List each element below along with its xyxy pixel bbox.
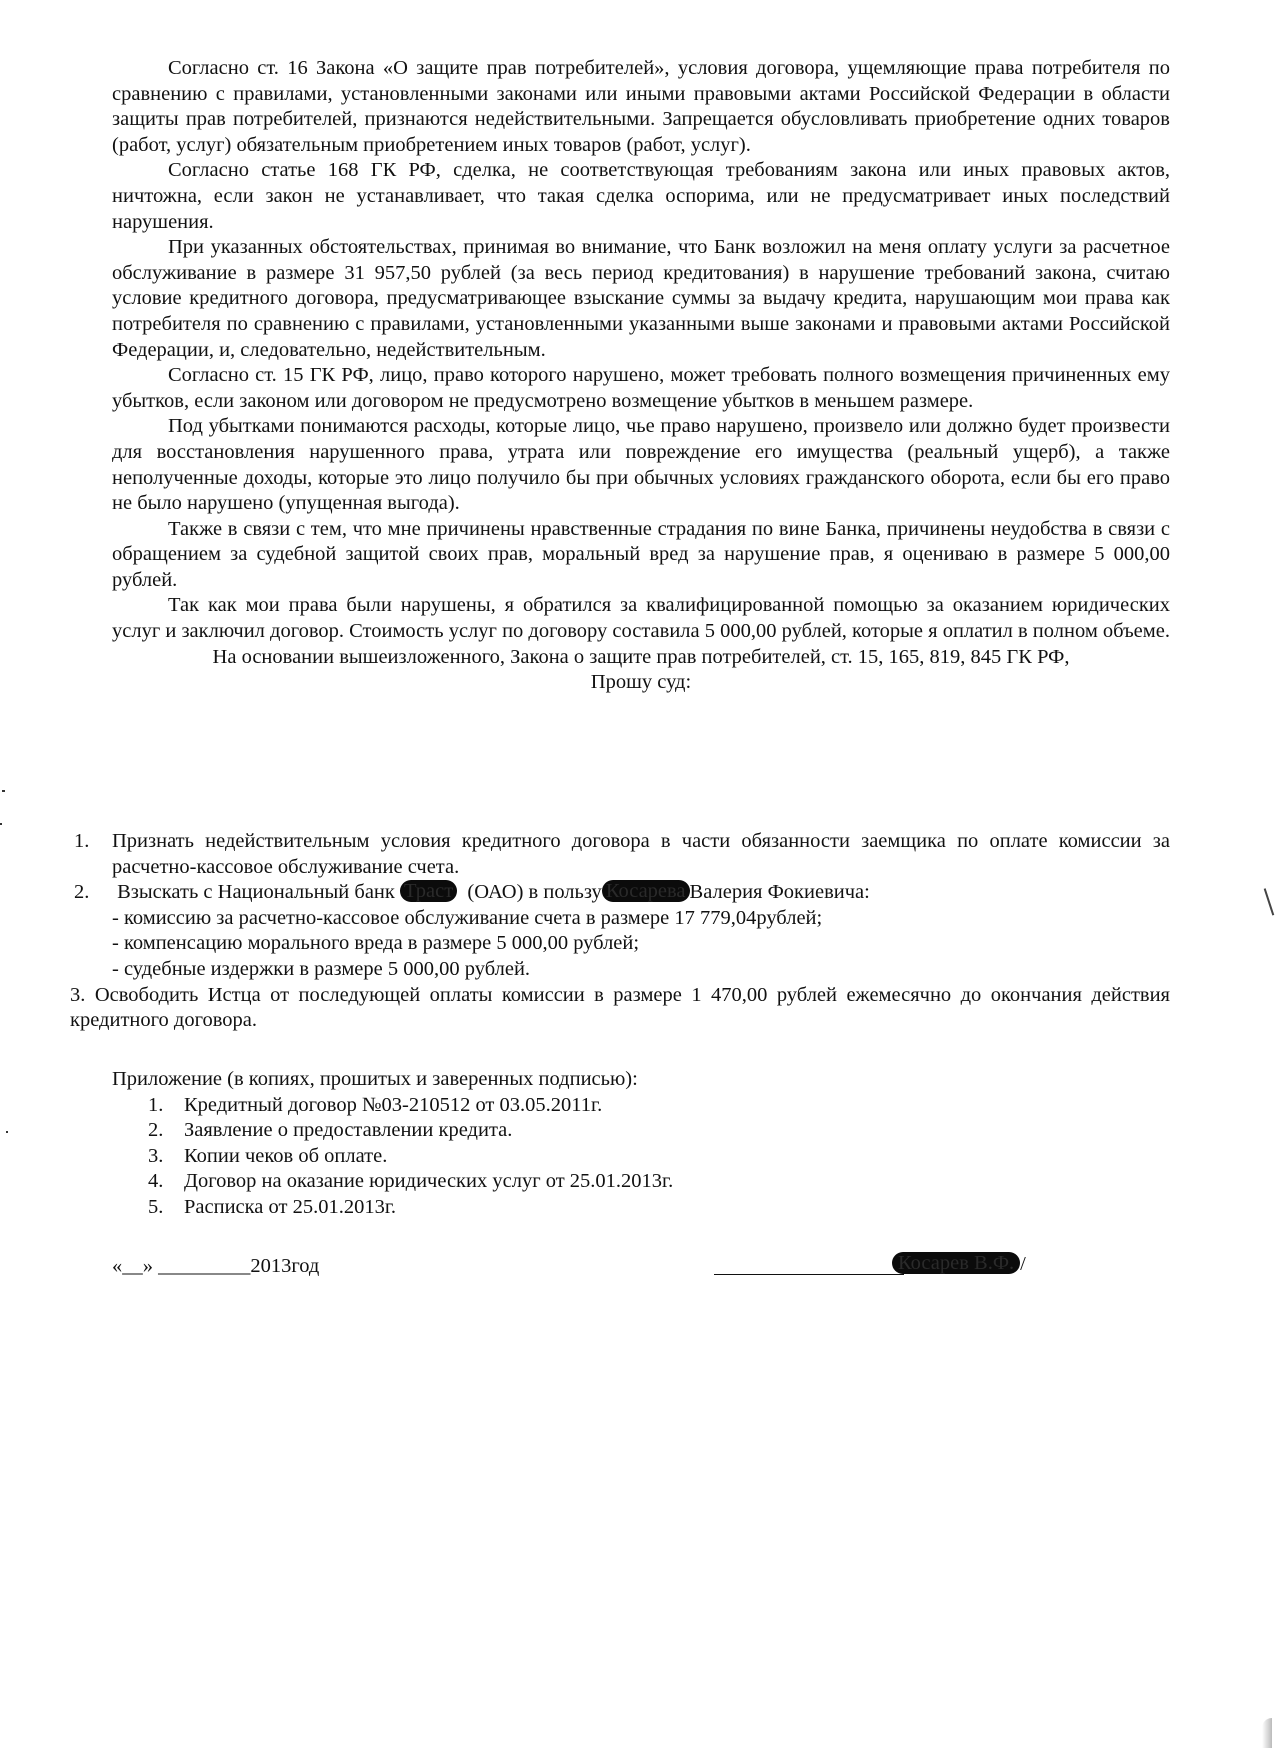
signature-row: «__» _________2013год Косарев В.Ф./ bbox=[112, 1254, 1112, 1284]
claim-text-before-bank: Взыскать с Национальный банк bbox=[117, 881, 395, 903]
claim-text-after-name: Валерия Фокиевича: bbox=[690, 881, 870, 903]
attachment-item: 1.Кредитный договор №03-210512 от 03.05.… bbox=[112, 1093, 912, 1119]
attachment-text: Копии чеков об оплате. bbox=[184, 1145, 387, 1167]
attachments-list: 1.Кредитный договор №03-210512 от 03.05.… bbox=[112, 1093, 912, 1221]
paragraph-circumstances: При указанных обстоятельствах, принимая … bbox=[112, 235, 1170, 363]
paragraph-article-15: Согласно ст. 15 ГК РФ, лицо, право котор… bbox=[112, 363, 1170, 414]
claim-number: 2. bbox=[74, 880, 89, 906]
date-line: «__» _________2013год bbox=[112, 1254, 319, 1280]
claim-text: 3. Освободить Истца от последующей оплат… bbox=[70, 983, 1170, 1034]
redacted-bank-name: Траст bbox=[400, 880, 457, 902]
paragraph-consumer-law: Согласно ст. 16 Закона «О защите прав по… bbox=[112, 56, 1170, 158]
attachment-item: 5.Расписка от 25.01.2013г. bbox=[112, 1195, 912, 1221]
attachment-text: Договор на оказание юридических услуг от… bbox=[184, 1170, 673, 1192]
attachment-item: 2.Заявление о предоставлении кредита. bbox=[112, 1118, 912, 1144]
document-page: Согласно ст. 16 Закона «О защите прав по… bbox=[0, 0, 1275, 1750]
attachments-title: Приложение (в копиях, прошитых и заверен… bbox=[112, 1067, 912, 1093]
attachment-text: Кредитный договор №03-210512 от 03.05.20… bbox=[184, 1094, 602, 1116]
claim-text: Признать недействительным условия кредит… bbox=[112, 829, 1170, 880]
claim-sub-item-commission: - комиссию за расчетно-кассовое обслужив… bbox=[112, 906, 1170, 932]
redacted-signer-name: Косарев В.Ф. bbox=[892, 1252, 1020, 1274]
redacted-plaintiff-surname: Косарева bbox=[602, 880, 690, 902]
basis-line: На основании вышеизложенного, Закона о з… bbox=[112, 645, 1170, 671]
claim-item-1: 1. Признать недействительным условия кре… bbox=[70, 829, 1170, 880]
attachment-item: 3.Копии чеков об оплате. bbox=[112, 1144, 912, 1170]
scan-speck bbox=[2, 790, 5, 792]
attachment-number: 2. bbox=[148, 1118, 163, 1144]
scan-mark bbox=[1264, 888, 1274, 915]
scan-speck bbox=[0, 823, 2, 825]
document-body: Согласно ст. 16 Закона «О защите прав по… bbox=[112, 56, 1170, 696]
claim-item-2: 2. Взыскать с Национальный банк Траст (О… bbox=[70, 880, 1170, 906]
paragraph-losses-definition: Под убытками понимаются расходы, которые… bbox=[112, 414, 1170, 516]
attachment-number: 1. bbox=[148, 1093, 163, 1119]
claim-text-after-bank: (ОАО) в пользу bbox=[467, 881, 601, 903]
attachment-text: Заявление о предоставлении кредита. bbox=[184, 1119, 512, 1141]
attachments-section: Приложение (в копиях, прошитых и заверен… bbox=[112, 1067, 912, 1221]
claim-text: Взыскать с Национальный банк Траст (ОАО)… bbox=[112, 880, 1170, 906]
claim-number: 1. bbox=[74, 829, 89, 855]
scan-speck bbox=[6, 1131, 8, 1133]
attachment-number: 4. bbox=[148, 1169, 163, 1195]
attachment-text: Расписка от 25.01.2013г. bbox=[184, 1196, 396, 1218]
signature-closing-slash: / bbox=[1020, 1253, 1026, 1275]
signer-name: Косарев В.Ф./ bbox=[892, 1252, 1026, 1278]
attachment-number: 3. bbox=[148, 1144, 163, 1170]
attachment-item: 4.Договор на оказание юридических услуг … bbox=[112, 1169, 912, 1195]
paragraph-legal-services: Так как мои права были нарушены, я обрат… bbox=[112, 593, 1170, 644]
claims-list: 1. Признать недействительным условия кре… bbox=[70, 829, 1170, 1034]
claim-sub-item-court-costs: - судебные издержки в размере 5 000,00 р… bbox=[112, 957, 1170, 983]
paragraph-moral-damage: Также в связи с тем, что мне причинены н… bbox=[112, 517, 1170, 594]
claim-item-3: 3. Освободить Истца от последующей оплат… bbox=[70, 983, 1170, 1034]
paragraph-article-168: Согласно статье 168 ГК РФ, сделка, не со… bbox=[112, 158, 1170, 235]
attachment-number: 5. bbox=[148, 1195, 163, 1221]
page-corner-shadow bbox=[1262, 1718, 1272, 1748]
signature-line bbox=[714, 1274, 904, 1275]
request-heading: Прошу суд: bbox=[112, 670, 1170, 696]
claim-sub-item-moral-damage: - компенсацию морального вреда в размере… bbox=[112, 931, 1170, 957]
